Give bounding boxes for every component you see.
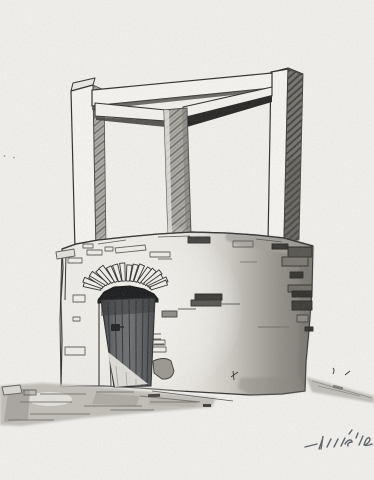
sketch-drawing [0, 0, 374, 480]
artwork-canvas [0, 0, 374, 480]
paper-grain [0, 0, 374, 480]
